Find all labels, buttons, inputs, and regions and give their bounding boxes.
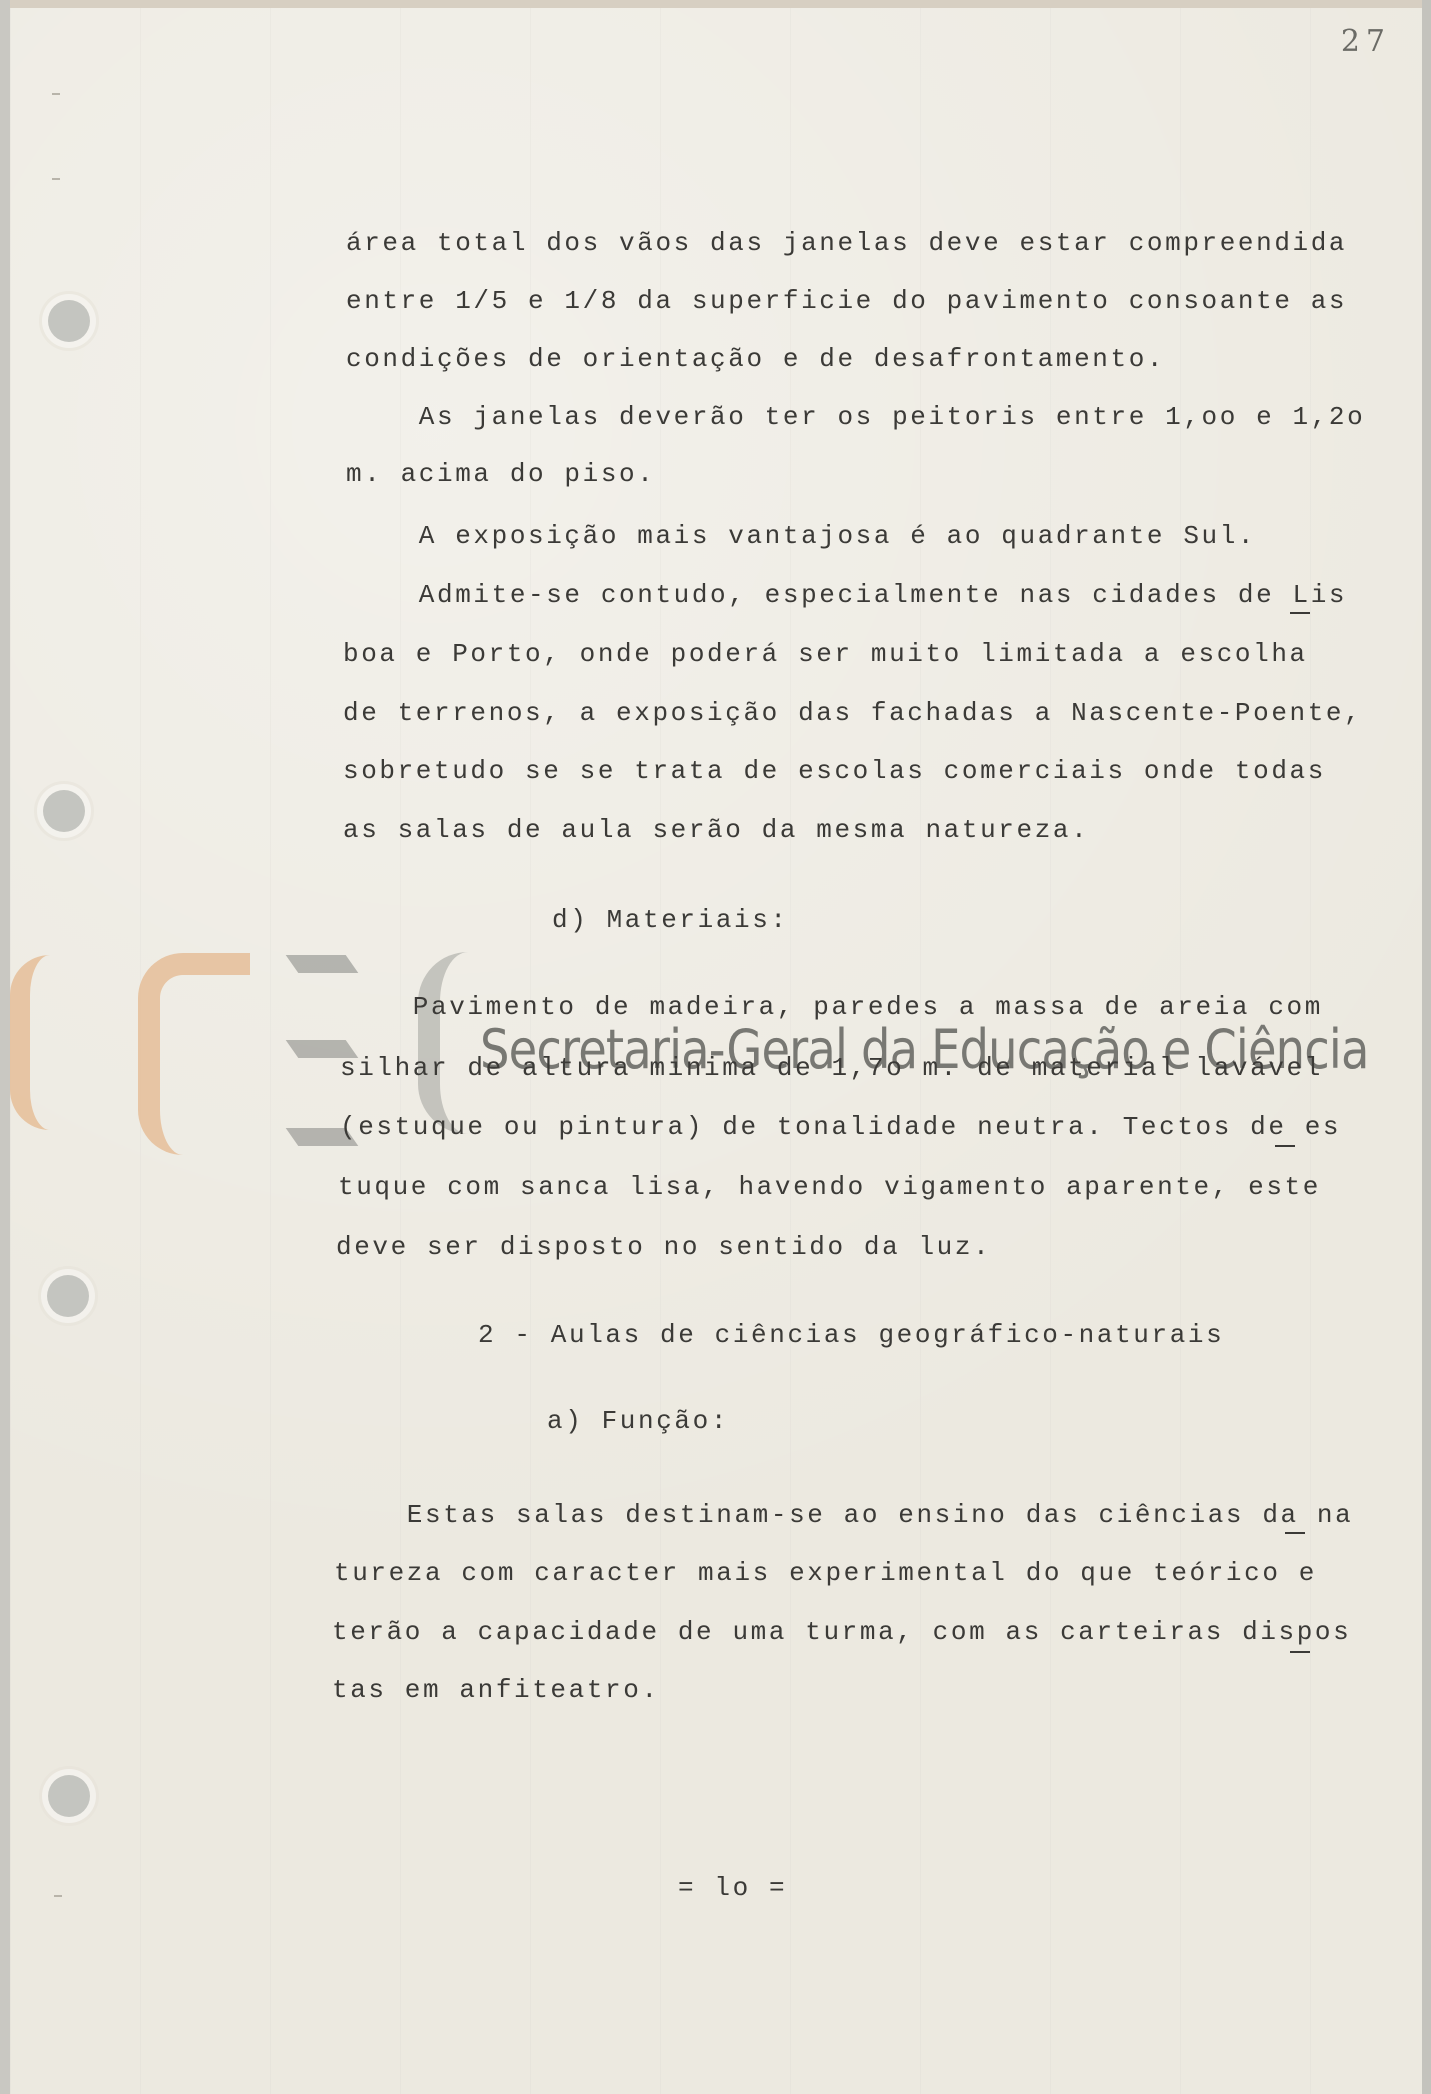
section-heading: a) Função: [547, 1406, 729, 1436]
section-title: 2 - Aulas de ciências geográfico-naturai… [478, 1320, 1224, 1350]
body-line: silhar de altura minima de 1,7o m. de ma… [340, 1053, 1323, 1083]
watermark-bar [286, 955, 359, 973]
section-heading: d) Materiais: [552, 905, 789, 935]
punch-hole-icon [47, 1275, 89, 1317]
margin-mark [54, 1895, 62, 1897]
body-line: Pavimento de madeira, paredes a massa de… [340, 992, 1323, 1022]
body-line: tureza com caracter mais experimental do… [334, 1558, 1317, 1588]
body-line: (estuque ou pintura) de tonalidade neutr… [340, 1112, 1341, 1142]
body-line: as salas de aula serão da mesma natureza… [343, 815, 1089, 845]
body-line: tas em anfiteatro. [332, 1675, 660, 1705]
watermark-letter-g [138, 953, 250, 1155]
footer-page-marker: = lo = [678, 1873, 787, 1903]
body-line: tuque com sanca lisa, havendo vigamento … [338, 1172, 1321, 1202]
body-line: m. acima do piso. [346, 459, 655, 489]
body-line: Admite-se contudo, especialmente nas cid… [346, 580, 1347, 610]
body-line: sobretudo se se trata de escolas comerci… [343, 756, 1326, 786]
punch-hole-icon [48, 1775, 90, 1817]
body-line: A exposição mais vantajosa é ao quadrant… [346, 521, 1256, 551]
punch-hole-icon [48, 300, 90, 342]
body-line: condições de orientação e de desafrontam… [346, 344, 1165, 374]
paper-right-edge [1422, 0, 1431, 2094]
paper-top-edge [10, 0, 1422, 8]
watermark-letter-s [10, 955, 70, 1130]
margin-mark [52, 178, 60, 180]
body-line: entre 1/5 e 1/8 da superficie do pavimen… [346, 286, 1347, 316]
body-line: de terrenos, a exposição das fachadas a … [343, 698, 1362, 728]
body-line: Estas salas destinam-se ao ensino das ci… [334, 1500, 1353, 1530]
punch-hole-icon [43, 790, 85, 832]
underline-mark [1290, 612, 1310, 614]
body-line: deve ser disposto no sentido da luz. [336, 1232, 991, 1262]
body-line: terão a capacidade de uma turma, com as … [332, 1617, 1351, 1647]
underline-mark [1290, 1651, 1310, 1653]
body-line: área total dos vãos das janelas deve est… [346, 228, 1347, 258]
underline-mark [1275, 1145, 1295, 1147]
body-line: boa e Porto, onde poderá ser muito limit… [343, 639, 1308, 669]
body-line: As janelas deverão ter os peitoris entre… [346, 402, 1365, 432]
margin-mark [52, 93, 60, 95]
page-number: 27 [1341, 24, 1391, 59]
underline-mark [1285, 1532, 1305, 1534]
